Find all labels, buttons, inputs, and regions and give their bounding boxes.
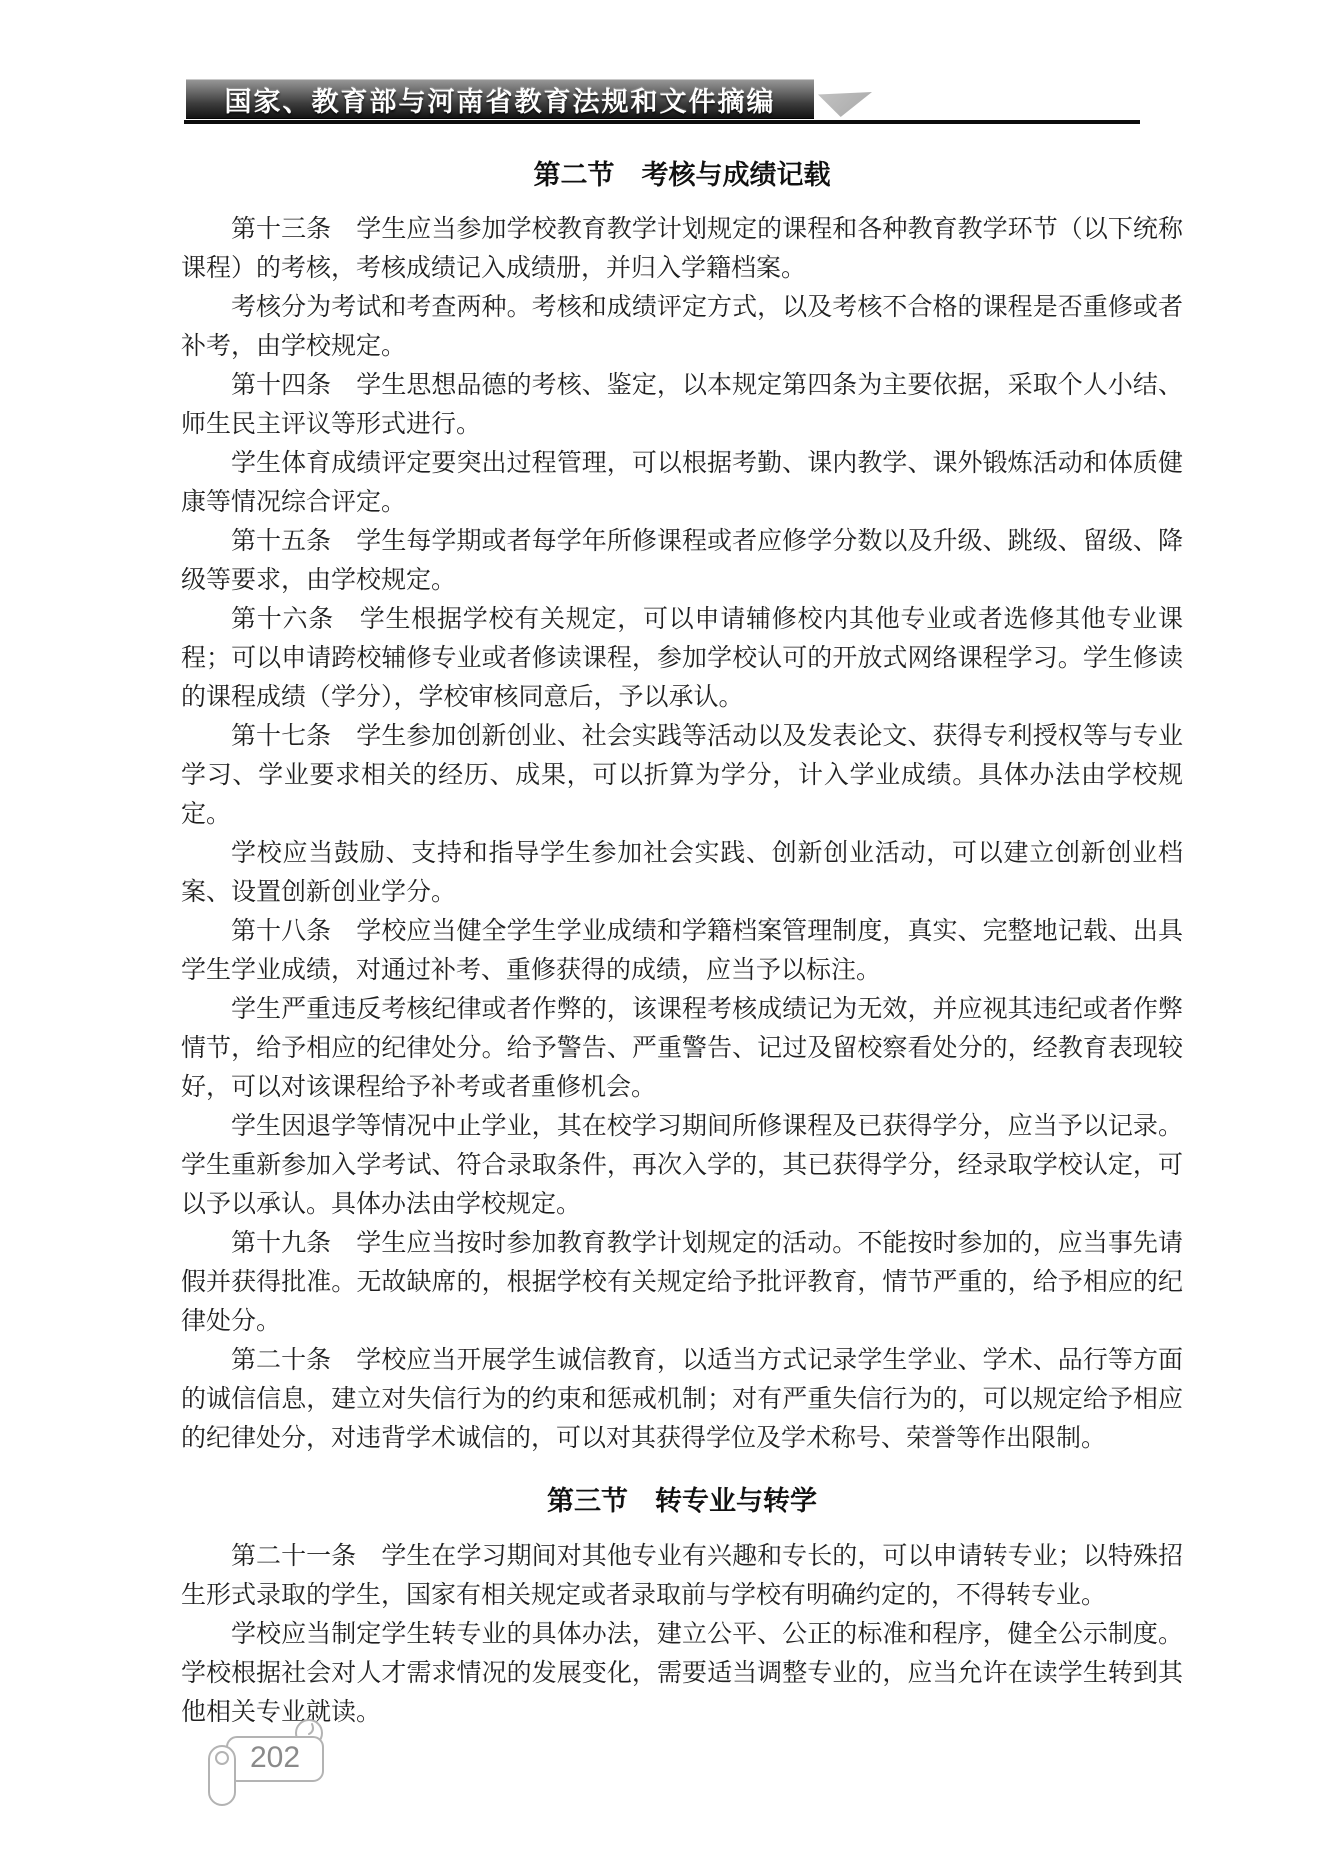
paragraph: 学生体育成绩评定要突出过程管理，可以根据考勤、课内教学、课外锻炼活动和体质健康等… [181,444,1183,522]
paragraph: 学校应当鼓励、支持和指导学生参加社会实践、创新创业活动，可以建立创新创业档案、设… [181,834,1183,912]
paragraph: 第二十一条 学生在学习期间对其他专业有兴趣和专长的，可以申请转专业；以特殊招生形… [181,1537,1183,1615]
section-heading-transfer: 第三节 转专业与转学 [181,1481,1183,1521]
paragraph: 第十五条 学生每学期或者每学年所修课程或者应修学分数以及升级、跳级、留级、降级等… [181,522,1183,600]
paragraph: 第十七条 学生参加创新创业、社会实践等活动以及发表论文、获得专利授权等与专业学习… [181,717,1183,834]
paragraph: 第二十条 学校应当开展学生诚信教育，以适当方式记录学生学业、学术、品行等方面的诚… [181,1341,1183,1458]
paragraph: 考核分为考试和考查两种。考核和成绩评定方式，以及考核不合格的课程是否重修或者补考… [181,288,1183,366]
forward-arrow-icon [818,92,872,117]
paragraph: 第十八条 学校应当健全学生学业成绩和学籍档案管理制度，真实、完整地记载、出具学生… [181,912,1183,990]
paragraph: 第十三条 学生应当参加学校教育教学计划规定的课程和各种教育教学环节（以下统称课程… [181,210,1183,288]
paragraph: 学生严重违反考核纪律或者作弊的，该课程考核成绩记为无效，并应视其违纪或者作弊情节… [181,990,1183,1107]
page-number: 202 [245,1741,305,1775]
header-banner-title: 国家、教育部与河南省教育法规和文件摘编 [225,80,776,119]
paragraph: 第十九条 学生应当按时参加教育教学计划规定的活动。不能按时参加的，应当事先请假并… [181,1224,1183,1341]
document-content: 第二节 考核与成绩记载 第十三条 学生应当参加学校教育教学计划规定的课程和各种教… [181,155,1183,1732]
section-heading-assessment: 第二节 考核与成绩记载 [181,155,1183,195]
header-divider [184,120,1140,124]
header-banner: 国家、教育部与河南省教育法规和文件摘编 [186,79,814,119]
paragraph: 第十四条 学生思想品德的考核、鉴定，以本规定第四条为主要依据，采取个人小结、师生… [181,366,1183,444]
paragraph: 第十六条 学生根据学校有关规定，可以申请辅修校内其他专业或者选修其他专业课程；可… [181,600,1183,717]
document-page: 国家、教育部与河南省教育法规和文件摘编 第二节 考核与成绩记载 第十三条 学生应… [0,0,1323,1871]
paragraph: 学生因退学等情况中止学业，其在校学习期间所修课程及已获得学分，应当予以记录。学生… [181,1107,1183,1224]
